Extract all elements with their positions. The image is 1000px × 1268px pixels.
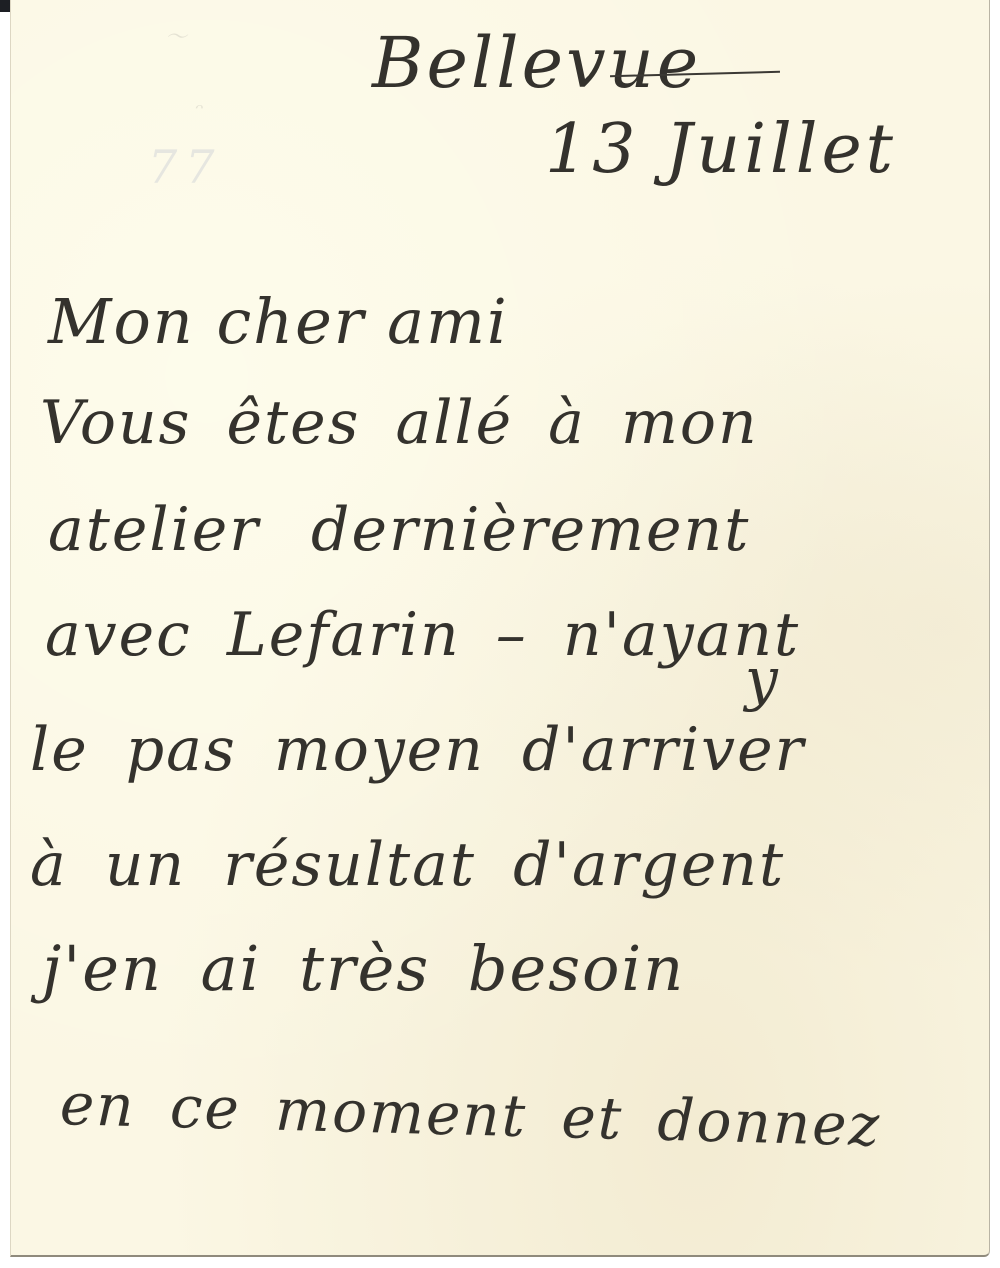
faint-pencil-scribble: 〜 (165, 20, 187, 51)
letter-line: Vous êtes allé à mon (40, 388, 759, 458)
letter-date: 13 Juillet (545, 110, 897, 189)
letter-place: Bellevue (372, 22, 701, 104)
faint-archive-mark: 77 (148, 140, 223, 194)
letter-line: avec Lefarin – n'ayant (45, 600, 800, 670)
interlinear-insert: y (745, 645, 780, 713)
scan-corner-mark (0, 0, 10, 12)
faint-pencil-scribble: ᵔ (195, 100, 203, 125)
letter-salutation: Mon cher ami (48, 285, 509, 358)
letter-line: atelier dernièrement (48, 495, 750, 565)
letter-line: à un résultat d'argent (30, 830, 785, 900)
letter-line: j'en ai très besoin (42, 932, 685, 1005)
letter-line: le pas moyen d'arriver (30, 715, 805, 785)
